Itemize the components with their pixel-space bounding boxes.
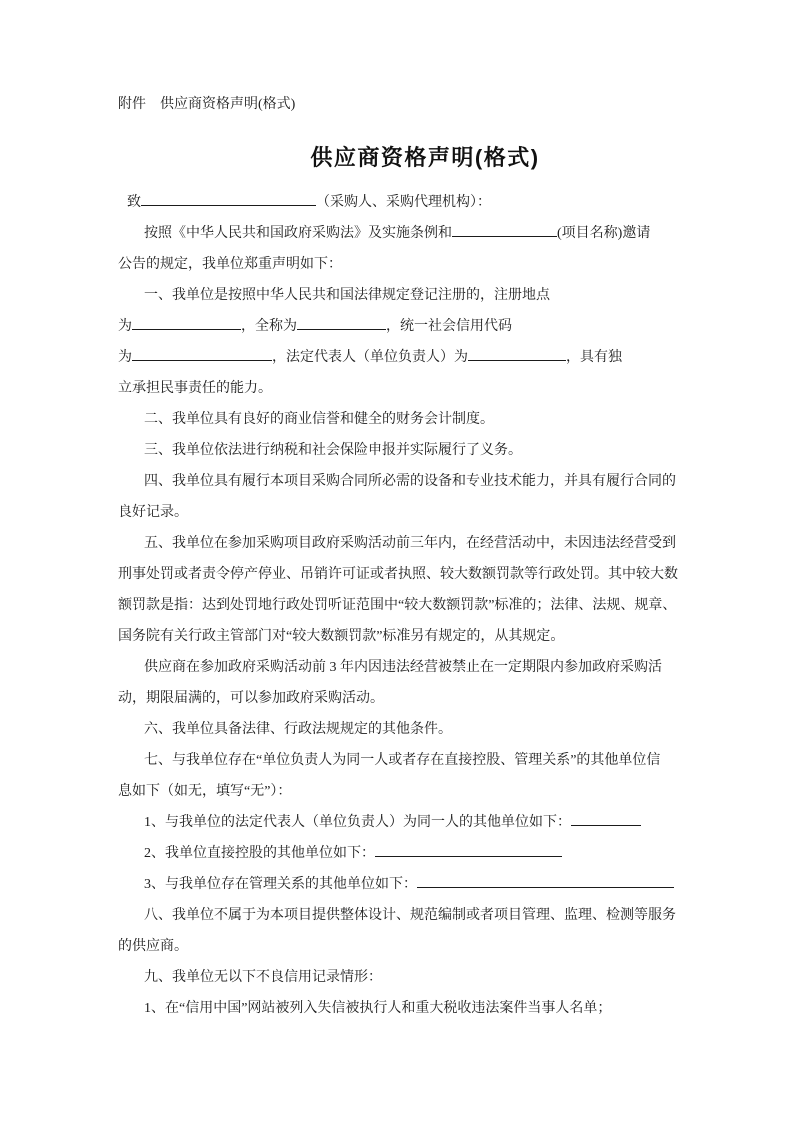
text-line: 息如下（如无，填写“无”）： (118, 776, 676, 807)
text-line: 为，全称为，统一社会信用代码 (118, 311, 676, 342)
text-segment: 按照《中华人民共和国政府采购法》及实施条例和 (144, 226, 452, 241)
text-line: 按照《中华人民共和国政府采购法》及实施条例和(项目名称)邀请 (118, 218, 676, 249)
text-line: 三、我单位依法进行纳税和社会保险申报并实际履行了义务。 (118, 435, 676, 466)
text-segment: 六、我单位具备法律、行政法规规定的其他条件。 (144, 722, 452, 737)
blank-underline (132, 347, 272, 361)
text-line: 致（采购人、采购代理机构）： (118, 187, 676, 218)
text-line: 二、我单位具有良好的商业信誉和健全的财务会计制度。 (118, 404, 676, 435)
text-line: 国务院有关行政主管部门对“较大数额罚款”标准另有规定的，从其规定。 (118, 621, 676, 652)
text-segment: ，法定代表人（单位负责人）为 (272, 350, 468, 365)
text-segment: 的供应商。 (118, 939, 188, 954)
text-line: 刑事处罚或者责令停产停业、吊销许可证或者执照、较大数额罚款等行政处罚。其中较大数 (118, 559, 676, 590)
document-content: 附件 供应商资格声明(格式) 供应商资格声明(格式) 致（采购人、采购代理机构）… (118, 89, 676, 1024)
text-line: 九、我单位无以下不良信用记录情形： (118, 962, 676, 993)
text-line: 一、我单位是按照中华人民共和国法律规定登记注册的，注册地点 (118, 280, 676, 311)
text-line: 1、在“信用中国”网站被列入失信被执行人和重大税收违法案件当事人名单； (118, 993, 676, 1024)
text-line: 公告的规定，我单位郑重声明如下： (118, 249, 676, 280)
blank-underline (375, 843, 562, 857)
text-segment: （采购人、采购代理机构）： (316, 195, 491, 210)
text-segment: 一、我单位是按照中华人民共和国法律规定登记注册的，注册地点 (144, 288, 550, 303)
text-segment: 八、我单位不属于为本项目提供整体设计、规范编制或者项目管理、监理、检测等服务 (144, 908, 676, 923)
text-line: 动，期限届满的，可以参加政府采购活动。 (118, 683, 676, 714)
blank-underline (452, 223, 557, 237)
text-segment: 五、我单位在参加采购项目政府采购活动前三年内，在经营活动中，未因违法经营受到 (144, 536, 676, 551)
blank-underline (468, 347, 566, 361)
text-line: 为，法定代表人（单位负责人）为，具有独 (118, 342, 676, 373)
text-segment: 1、在“信用中国”网站被列入失信被执行人和重大税收违法案件当事人名单； (144, 1001, 611, 1016)
document-title: 供应商资格声明(格式) (174, 142, 676, 174)
text-segment: 四、我单位具有履行本项目采购合同所必需的设备和专业技术能力，并具有履行合同的 (144, 474, 676, 489)
text-line: 1、与我单位的法定代表人（单位负责人）为同一人的其他单位如下： (118, 807, 676, 838)
text-segment: 息如下（如无，填写“无”）： (118, 784, 291, 799)
document-page: 附件 供应商资格声明(格式) 供应商资格声明(格式) 致（采购人、采购代理机构）… (0, 0, 793, 1122)
blank-underline (571, 812, 641, 826)
text-segment: 七、与我单位存在“单位负责人为同一人或者存在直接控股、管理关系”的其他单位信 (144, 753, 660, 768)
text-segment: 公告的规定，我单位郑重声明如下： (118, 257, 342, 272)
text-segment: 为 (118, 350, 132, 365)
text-segment: 为 (118, 319, 132, 334)
text-segment: 刑事处罚或者责令停产停业、吊销许可证或者执照、较大数额罚款等行政处罚。其中较大数 (118, 567, 678, 582)
text-segment: 1、与我单位的法定代表人（单位负责人）为同一人的其他单位如下： (144, 815, 571, 830)
text-line: 五、我单位在参加采购项目政府采购活动前三年内，在经营活动中，未因违法经营受到 (118, 528, 676, 559)
text-line: 3、与我单位存在管理关系的其他单位如下： (118, 869, 676, 900)
text-line: 四、我单位具有履行本项目采购合同所必需的设备和专业技术能力，并具有履行合同的 (118, 466, 676, 497)
text-segment: 2、我单位直接控股的其他单位如下： (144, 846, 375, 861)
text-line: 额罚款是指：达到处罚地行政处罚听证范围中“较大数额罚款”标准的；法律、法规、规章… (118, 590, 676, 621)
text-segment: 二、我单位具有良好的商业信誉和健全的财务会计制度。 (144, 412, 494, 427)
document-body: 致（采购人、采购代理机构）：按照《中华人民共和国政府采购法》及实施条例和(项目名… (118, 187, 676, 1024)
attachment-label: 附件 供应商资格声明(格式) (118, 89, 676, 120)
blank-underline (297, 316, 386, 330)
text-line: 六、我单位具备法律、行政法规规定的其他条件。 (118, 714, 676, 745)
text-segment: ，具有独 (566, 350, 622, 365)
text-line: 八、我单位不属于为本项目提供整体设计、规范编制或者项目管理、监理、检测等服务 (118, 900, 676, 931)
text-line: 七、与我单位存在“单位负责人为同一人或者存在直接控股、管理关系”的其他单位信 (118, 745, 676, 776)
text-segment: 额罚款是指：达到处罚地行政处罚听证范围中“较大数额罚款”标准的；法律、法规、规章… (118, 598, 676, 613)
text-segment: ，全称为 (241, 319, 297, 334)
text-segment: 立承担民事责任的能力。 (118, 381, 272, 396)
text-segment: 致 (127, 195, 141, 210)
text-line: 的供应商。 (118, 931, 676, 962)
text-segment: 国务院有关行政主管部门对“较大数额罚款”标准另有规定的，从其规定。 (118, 629, 564, 644)
blank-underline (132, 316, 241, 330)
text-segment: 3、与我单位存在管理关系的其他单位如下： (144, 877, 417, 892)
text-segment: (项目名称)邀请 (557, 226, 650, 241)
text-segment: 动，期限届满的，可以参加政府采购活动。 (118, 691, 384, 706)
text-line: 2、我单位直接控股的其他单位如下： (118, 838, 676, 869)
text-line: 供应商在参加政府采购活动前 3 年内因违法经营被禁止在一定期限内参加政府采购活 (118, 652, 676, 683)
text-line: 良好记录。 (118, 497, 676, 528)
text-segment: 良好记录。 (118, 505, 188, 520)
blank-underline (417, 874, 674, 888)
text-segment: 九、我单位无以下不良信用记录情形： (144, 970, 382, 985)
text-line: 立承担民事责任的能力。 (118, 373, 676, 404)
text-segment: 供应商在参加政府采购活动前 3 年内因违法经营被禁止在一定期限内参加政府采购活 (144, 660, 662, 675)
text-segment: ，统一社会信用代码 (386, 319, 512, 334)
blank-underline (141, 192, 316, 206)
text-segment: 三、我单位依法进行纳税和社会保险申报并实际履行了义务。 (144, 443, 522, 458)
